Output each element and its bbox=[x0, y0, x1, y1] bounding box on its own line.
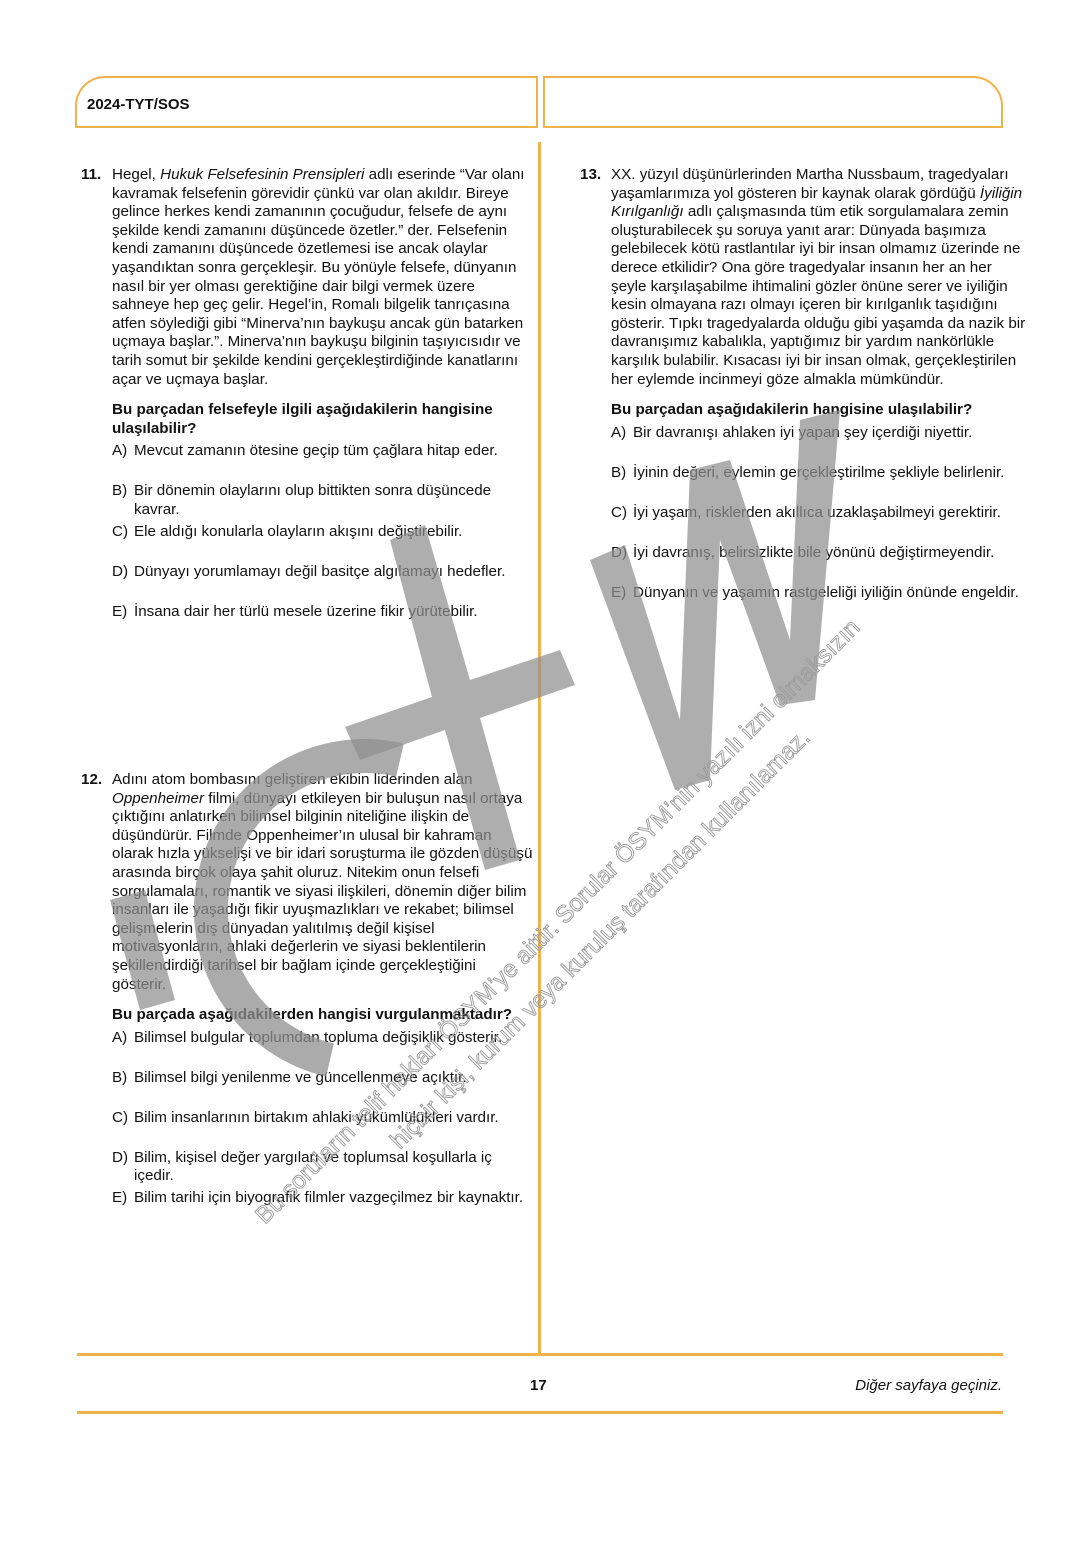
column-divider bbox=[538, 142, 541, 1354]
option-label: D) bbox=[112, 1149, 134, 1186]
option-label: E) bbox=[112, 603, 134, 640]
option-text: Ele aldığı konularla olayların akışını d… bbox=[134, 523, 533, 560]
option-text: Bir dönemin olaylarını olup bittikten so… bbox=[134, 482, 533, 519]
question-number: 12. bbox=[81, 771, 102, 790]
option-text: İyi davranış, belirsizlikte bile yönünü … bbox=[633, 544, 1030, 581]
answer-option-e[interactable]: E)Bilim tarihi için biyografik filmler v… bbox=[112, 1189, 533, 1226]
option-text: Bilim tarihi için biyografik filmler vaz… bbox=[134, 1189, 533, 1226]
option-label: B) bbox=[112, 482, 134, 519]
question-stem: Adını atom bombasını geliştiren ekibin l… bbox=[112, 771, 533, 994]
option-label: A) bbox=[611, 424, 633, 461]
header-right-box bbox=[543, 76, 1003, 128]
answer-option-a[interactable]: A)Mevcut zamanın ötesine geçip tüm çağla… bbox=[112, 442, 533, 479]
question-13: 13.XX. yüzyıl düşünürlerinden Martha Nus… bbox=[580, 166, 1030, 624]
answer-option-b[interactable]: B)Bilimsel bilgi yenilenme ve güncellenm… bbox=[112, 1069, 533, 1106]
question-stem: XX. yüzyıl düşünürlerinden Martha Nussba… bbox=[611, 166, 1030, 389]
option-label: C) bbox=[112, 1109, 134, 1146]
option-text: İnsana dair her türlü mesele üzerine fik… bbox=[134, 603, 533, 640]
option-text: İyinin değeri, eylemin gerçekleştirilme … bbox=[633, 464, 1030, 501]
option-label: E) bbox=[112, 1189, 134, 1226]
answer-options: A)Mevcut zamanın ötesine geçip tüm çağla… bbox=[112, 442, 533, 639]
answer-option-c[interactable]: C)Bilim insanlarının birtakım ahlaki yük… bbox=[112, 1109, 533, 1146]
option-label: E) bbox=[611, 584, 633, 621]
question-stem: Hegel, Hukuk Felsefesinin Prensipleri ad… bbox=[112, 166, 533, 389]
question-prompt: Bu parçadan aşağıdakilerin hangisine ula… bbox=[611, 401, 1030, 420]
exam-code: 2024-TYT/SOS bbox=[87, 96, 190, 113]
answer-option-e[interactable]: E)Dünyanın ve yaşamın rastgeleliği iyili… bbox=[611, 584, 1030, 621]
footer-top-rule bbox=[77, 1353, 1003, 1356]
footer-bottom-rule bbox=[77, 1411, 1003, 1414]
next-page-note: Diğer sayfaya geçiniz. bbox=[855, 1377, 1002, 1394]
answer-option-b[interactable]: B)Bir dönemin olaylarını olup bittikten … bbox=[112, 482, 533, 519]
option-label: B) bbox=[611, 464, 633, 501]
answer-options: A)Bir davranışı ahlaken iyi yapan şey iç… bbox=[611, 424, 1030, 621]
question-number: 13. bbox=[580, 166, 601, 185]
option-label: B) bbox=[112, 1069, 134, 1106]
answer-option-b[interactable]: B)İyinin değeri, eylemin gerçekleştirilm… bbox=[611, 464, 1030, 501]
answer-option-d[interactable]: D)Bilim, kişisel değer yargıları ve topl… bbox=[112, 1149, 533, 1186]
question-11: 11.Hegel, Hukuk Felsefesinin Prensipleri… bbox=[81, 166, 533, 643]
answer-options: A)Bilimsel bulgular toplumdan topluma de… bbox=[112, 1029, 533, 1226]
answer-option-c[interactable]: C)İyi yaşam, risklerden akıllıca uzaklaş… bbox=[611, 504, 1030, 541]
answer-option-e[interactable]: E)İnsana dair her türlü mesele üzerine f… bbox=[112, 603, 533, 640]
option-label: C) bbox=[611, 504, 633, 541]
answer-option-d[interactable]: D)İyi davranış, belirsizlikte bile yönün… bbox=[611, 544, 1030, 581]
header-left-box: 2024-TYT/SOS bbox=[75, 76, 538, 128]
option-text: Mevcut zamanın ötesine geçip tüm çağlara… bbox=[134, 442, 533, 479]
option-label: A) bbox=[112, 442, 134, 479]
option-text: Dünyayı yorumlamayı değil basitçe algıla… bbox=[134, 563, 533, 600]
option-label: C) bbox=[112, 523, 134, 560]
option-label: D) bbox=[112, 563, 134, 600]
option-label: D) bbox=[611, 544, 633, 581]
question-12: 12.Adını atom bombasını geliştiren ekibi… bbox=[81, 771, 533, 1229]
option-text: Bilim, kişisel değer yargıları ve toplum… bbox=[134, 1149, 533, 1186]
option-text: İyi yaşam, risklerden akıllıca uzaklaşab… bbox=[633, 504, 1030, 541]
option-text: Bilim insanlarının birtakım ahlaki yüküm… bbox=[134, 1109, 533, 1146]
answer-option-d[interactable]: D)Dünyayı yorumlamayı değil basitçe algı… bbox=[112, 563, 533, 600]
question-prompt: Bu parçadan felsefeyle ilgili aşağıdakil… bbox=[112, 401, 533, 438]
option-text: Bilimsel bilgi yenilenme ve güncellenmey… bbox=[134, 1069, 533, 1106]
page-number: 17 bbox=[530, 1377, 547, 1394]
answer-option-c[interactable]: C)Ele aldığı konularla olayların akışını… bbox=[112, 523, 533, 560]
answer-option-a[interactable]: A)Bir davranışı ahlaken iyi yapan şey iç… bbox=[611, 424, 1030, 461]
option-text: Bir davranışı ahlaken iyi yapan şey içer… bbox=[633, 424, 1030, 461]
question-number: 11. bbox=[81, 166, 101, 185]
option-text: Bilimsel bulgular toplumdan topluma deği… bbox=[134, 1029, 533, 1066]
question-prompt: Bu parçada aşağıdakilerden hangisi vurgu… bbox=[112, 1006, 533, 1025]
answer-option-a[interactable]: A)Bilimsel bulgular toplumdan topluma de… bbox=[112, 1029, 533, 1066]
option-label: A) bbox=[112, 1029, 134, 1066]
option-text: Dünyanın ve yaşamın rastgeleliği iyiliği… bbox=[633, 584, 1030, 621]
